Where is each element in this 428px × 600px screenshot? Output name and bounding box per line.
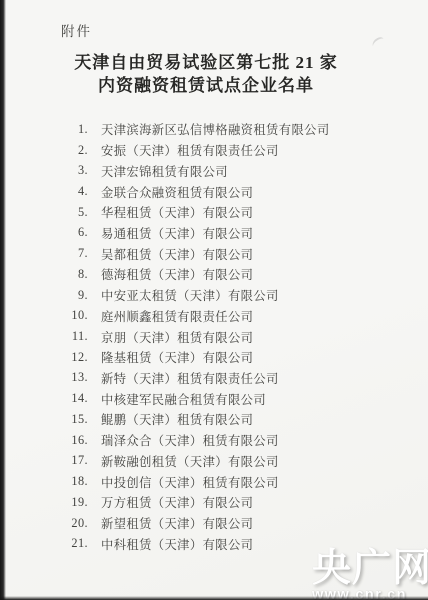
company-row: 18. 中投创信（天津）租赁有限公司 — [62, 471, 330, 492]
company-name: 易通租赁（天津）有限公司 — [101, 224, 253, 242]
company-number: 13. — [62, 370, 88, 385]
company-name: 中科租赁（天津）有限公司 — [101, 535, 253, 553]
company-name: 瑞泽众合（天津）租赁有限公司 — [101, 431, 279, 449]
company-number: 12. — [62, 350, 88, 365]
company-number: 17. — [62, 453, 88, 468]
company-name: 隆基租赁（天津）有限公司 — [101, 348, 253, 366]
company-row: 6. 易通租赁（天津）有限公司 — [62, 223, 330, 244]
company-name: 新特（天津）租赁有限责任公司 — [101, 369, 279, 387]
company-name: 天津宏锦租赁有限公司 — [101, 162, 228, 180]
company-row: 1. 天津滨海新区弘信博格融资租赁有限公司 — [62, 119, 330, 140]
company-name: 中安亚太租赁（天津）有限公司 — [101, 286, 279, 304]
company-row: 13. 新特（天津）租赁有限责任公司 — [62, 368, 330, 389]
company-row: 7. 吴都租赁（天津）有限公司 — [62, 243, 330, 264]
company-row: 16. 瑞泽众合（天津）租赁有限公司 — [62, 430, 330, 451]
company-name: 金联合众融资租赁有限公司 — [101, 183, 253, 201]
company-row: 5. 华程租赁（天津）有限公司 — [62, 202, 330, 223]
company-number: 1. — [62, 122, 88, 137]
company-number: 21. — [62, 536, 88, 551]
cnr-watermark-logo: 央广网 www.cnr.cn — [312, 548, 428, 600]
company-list: 1. 天津滨海新区弘信博格融资租赁有限公司 2. 安振（天津）租赁有限责任公司 … — [62, 119, 330, 554]
company-name: 华程租赁（天津）有限公司 — [101, 203, 253, 221]
company-number: 18. — [62, 474, 88, 489]
company-number: 20. — [62, 516, 88, 531]
company-name: 德海租赁（天津）有限公司 — [101, 265, 253, 283]
company-name: 安振（天津）租赁有限责任公司 — [101, 141, 279, 159]
company-name: 庭州顺鑫租赁有限责任公司 — [101, 307, 253, 325]
company-number: 5. — [62, 205, 88, 220]
company-number: 19. — [62, 495, 88, 510]
company-number: 8. — [62, 267, 88, 282]
company-name: 吴都租赁（天津）有限公司 — [101, 245, 253, 263]
company-number: 7. — [62, 246, 88, 261]
company-number: 6. — [62, 225, 88, 240]
company-name: 中核建军民融合租赁有限公司 — [101, 390, 266, 408]
company-name: 天津滨海新区弘信博格融资租赁有限公司 — [101, 120, 330, 138]
company-name: 新望租赁（天津）有限公司 — [101, 514, 253, 532]
document-title-line2: 内资融资租赁试点企业名单 — [0, 74, 412, 97]
watermark-brand-text: 央广网 — [312, 548, 428, 589]
scan-edge-bottom — [0, 596, 428, 600]
company-number: 11. — [62, 329, 88, 344]
company-name: 新鞍融创租赁（天津）有限公司 — [101, 452, 279, 470]
scan-smudge-mark — [370, 36, 386, 51]
company-number: 10. — [62, 308, 88, 323]
company-row: 14. 中核建军民融合租赁有限公司 — [62, 388, 330, 409]
company-row: 19. 万方租赁（天津）有限公司 — [62, 492, 330, 513]
company-row: 15. 鲲鹏（天津）租赁有限公司 — [62, 409, 330, 430]
company-name: 鲲鹏（天津）租赁有限公司 — [101, 410, 253, 428]
company-row: 20. 新望租赁（天津）有限公司 — [62, 513, 330, 534]
company-row: 9. 中安亚太租赁（天津）有限公司 — [62, 285, 330, 306]
company-row: 21. 中科租赁（天津）有限公司 — [62, 533, 330, 554]
company-name: 中投创信（天津）租赁有限公司 — [101, 473, 279, 491]
company-row: 10. 庭州顺鑫租赁有限责任公司 — [62, 305, 330, 326]
attachment-label: 附件 — [61, 20, 92, 40]
company-row: 2. 安振（天津）租赁有限责任公司 — [62, 140, 330, 161]
company-number: 16. — [62, 433, 88, 448]
company-number: 15. — [62, 412, 88, 427]
company-row: 4. 金联合众融资租赁有限公司 — [62, 181, 330, 202]
document-title: 天津自由贸易试验区第七批 21 家 内资融资租赁试点企业名单 — [0, 51, 412, 97]
company-number: 2. — [62, 143, 88, 158]
company-number: 3. — [62, 163, 88, 178]
company-row: 3. 天津宏锦租赁有限公司 — [62, 160, 330, 181]
company-number: 9. — [62, 288, 88, 303]
company-row: 12. 隆基租赁（天津）有限公司 — [62, 347, 330, 368]
company-name: 京朋（天津）租赁有限公司 — [101, 328, 253, 346]
document-title-line1: 天津自由贸易试验区第七批 21 家 — [0, 51, 412, 74]
company-name: 万方租赁（天津）有限公司 — [101, 493, 253, 511]
company-row: 11. 京朋（天津）租赁有限公司 — [62, 326, 330, 347]
company-row: 8. 德海租赁（天津）有限公司 — [62, 264, 330, 285]
company-row: 17. 新鞍融创租赁（天津）有限公司 — [62, 451, 330, 472]
scanned-document-page: 附件 天津自由贸易试验区第七批 21 家 内资融资租赁试点企业名单 1. 天津滨… — [0, 0, 428, 600]
company-number: 4. — [62, 184, 88, 199]
company-number: 14. — [62, 391, 88, 406]
